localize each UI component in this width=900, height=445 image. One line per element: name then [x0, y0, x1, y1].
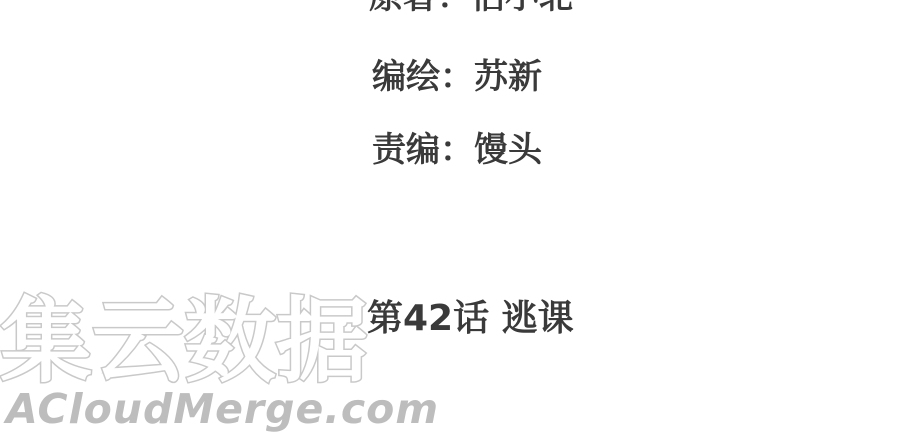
chapter-title: 第42话 逃课 [367, 299, 574, 339]
comic-credits-page: 集云数据 ACloudMerge.com 原著：伯小北 编绘：苏新 责编：馒头 … [0, 0, 900, 445]
watermark-site-text: ACloudMerge.com [6, 389, 439, 430]
watermark-cn-text: 集云数据 [0, 294, 368, 391]
credit-line-editor: 责编：馒头 [372, 132, 542, 169]
credit-line-original-author: 原著：伯小北 [369, 0, 573, 16]
credit-line-illustrator: 编绘：苏新 [372, 59, 542, 96]
